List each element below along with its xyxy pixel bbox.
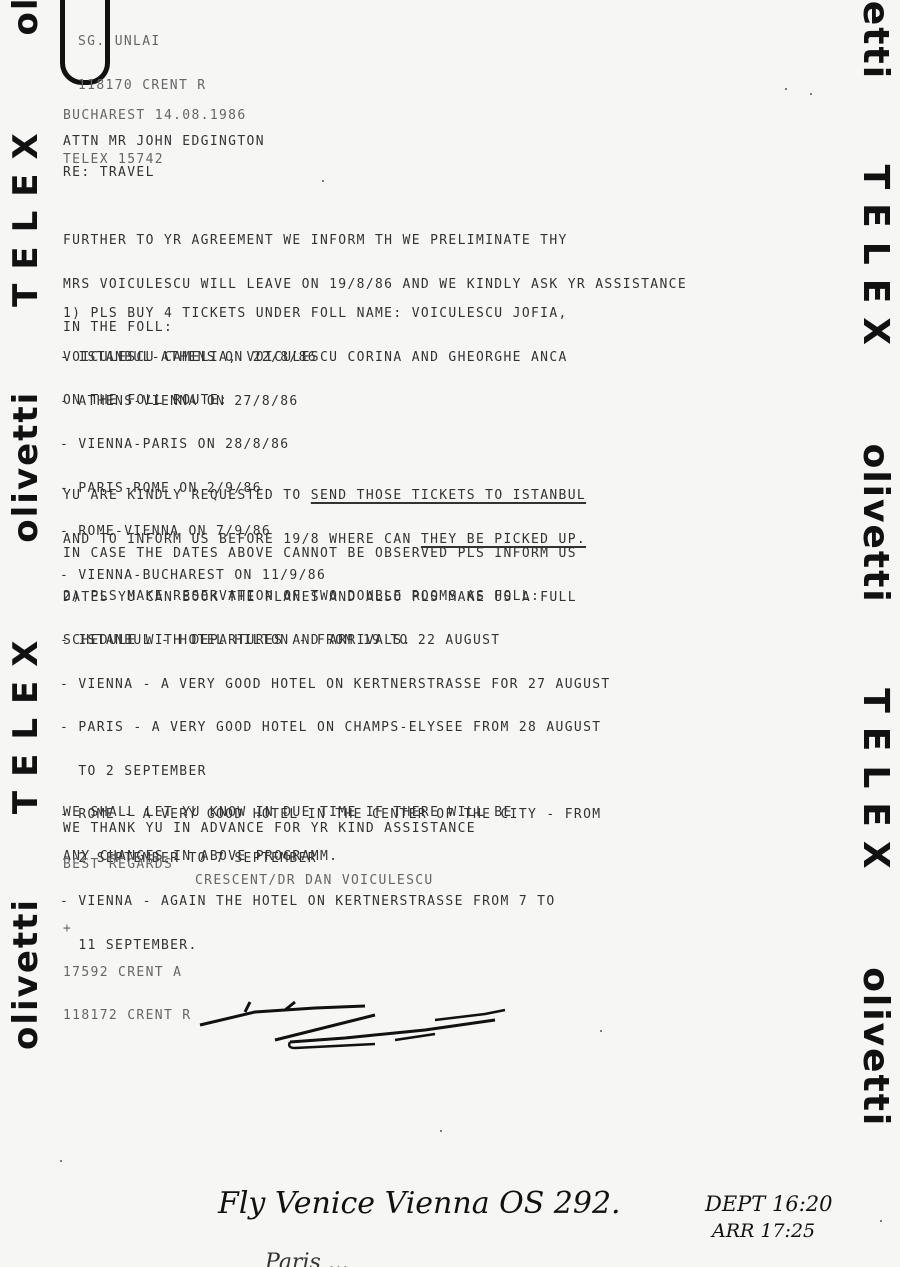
telex-document: olivetti TELEX olivetti TELEX olivetti o…	[0, 0, 900, 1267]
closing-line: BEST REGARDS	[63, 858, 173, 873]
footer-marker: +	[63, 922, 191, 937]
thanks-line: WE THANK YU IN ADVANCE FOR YR KIND ASSIS…	[63, 822, 476, 837]
scan-speck	[322, 180, 324, 182]
brand-telex: TELEX	[855, 165, 896, 359]
handwritten-flight-note: Fly Venice Vienna OS 292.	[218, 1186, 621, 1221]
scan-speck	[785, 88, 787, 90]
brand-olivetti: olivetti	[6, 898, 44, 1050]
scan-speck	[880, 1220, 882, 1222]
brand-olivetti: olivetti	[6, 391, 44, 543]
handwritten-departure: DEPT 16:20	[705, 1192, 833, 1216]
hotel-item: - VIENNA - A VERY GOOD HOTEL ON KERTNERS…	[60, 678, 611, 693]
scan-speck	[440, 1130, 442, 1132]
right-brand-strip: olivetti TELEX olivetti TELEX olivetti	[848, 0, 900, 1267]
text-line: WE SHALL LET YU KNOW IN DUE TIME IF THER…	[63, 806, 513, 821]
subject-line: RE: TRAVEL	[63, 166, 155, 181]
text-line: YU ARE KINDLY REQUESTED TO SEND THOSE TI…	[63, 489, 586, 504]
text-line: 1) PLS BUY 4 TICKETS UNDER FOLL NAME: VO…	[63, 307, 568, 322]
left-brand-strip: olivetti TELEX olivetti TELEX olivetti	[0, 0, 44, 1267]
route-item: - ISTANBUL-ATHENS ON 22/8/86	[60, 351, 326, 366]
item2-heading: 2) PLS MAKE RESERVATION OF TWO DOUBLE RO…	[63, 590, 540, 605]
attention-line: ATTN MR JOHN EDGINGTON	[63, 135, 265, 150]
brand-telex: TELEX	[6, 119, 44, 307]
handwritten-partial-line: Paris ...	[265, 1250, 349, 1267]
underlined-text: SEND THOSE TICKETS TO ISTANBUL	[311, 488, 586, 503]
answerback-line: SG. UNLAI	[78, 35, 206, 50]
text-run: YU ARE KINDLY REQUESTED TO	[63, 488, 311, 503]
brand-olivetti: olivetti	[6, 0, 44, 35]
route-item: - ATHENS-VIENNA ON 27/8/86	[60, 395, 326, 410]
scan-speck	[60, 1160, 62, 1162]
brand-olivetti: olivetti	[855, 0, 896, 80]
route-item: - VIENNA-PARIS ON 28/8/86	[60, 438, 326, 453]
text-line: FURTHER TO YR AGREEMENT WE INFORM TH WE …	[63, 234, 687, 249]
brand-olivetti: olivetti	[855, 967, 896, 1127]
footer-answerback: + 17592 CRENT A 118172 CRENT R	[63, 893, 191, 1053]
origin-date: BUCHAREST 14.08.1986	[63, 109, 247, 124]
answerback-line: 118172 CRENT R	[63, 1009, 191, 1024]
sender-line: CRESCENT/DR DAN VOICULESCU	[195, 874, 434, 889]
answerback-line: 17592 CRENT A	[63, 966, 191, 981]
brand-telex: TELEX	[6, 627, 44, 815]
signature-scribble	[195, 1000, 515, 1060]
hotel-item: - PARIS - A VERY GOOD HOTEL ON CHAMPS-EL…	[60, 721, 611, 736]
handwritten-arrival: ARR 17:25	[712, 1220, 815, 1242]
hotel-item: - ISTANBUL - HOTEL HILTON - FROM 19 TO 2…	[60, 634, 611, 649]
scan-speck	[810, 93, 812, 95]
brand-telex: TELEX	[855, 688, 896, 882]
scan-speck	[600, 1030, 602, 1032]
brand-olivetti: olivetti	[855, 444, 896, 604]
text-line: IN CASE THE DATES ABOVE CANNOT BE OBSERV…	[63, 547, 577, 562]
